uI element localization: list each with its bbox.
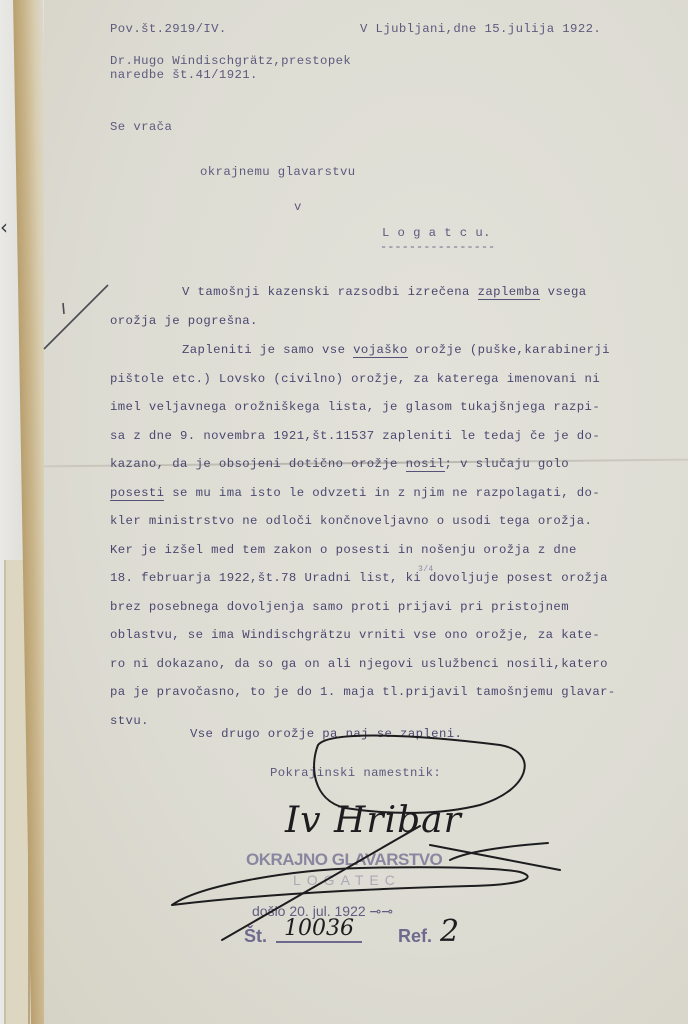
margin-slash-icon xyxy=(44,285,108,349)
signature-flourish-icon xyxy=(172,736,560,940)
pen-strokes-overlay xyxy=(0,0,688,1024)
